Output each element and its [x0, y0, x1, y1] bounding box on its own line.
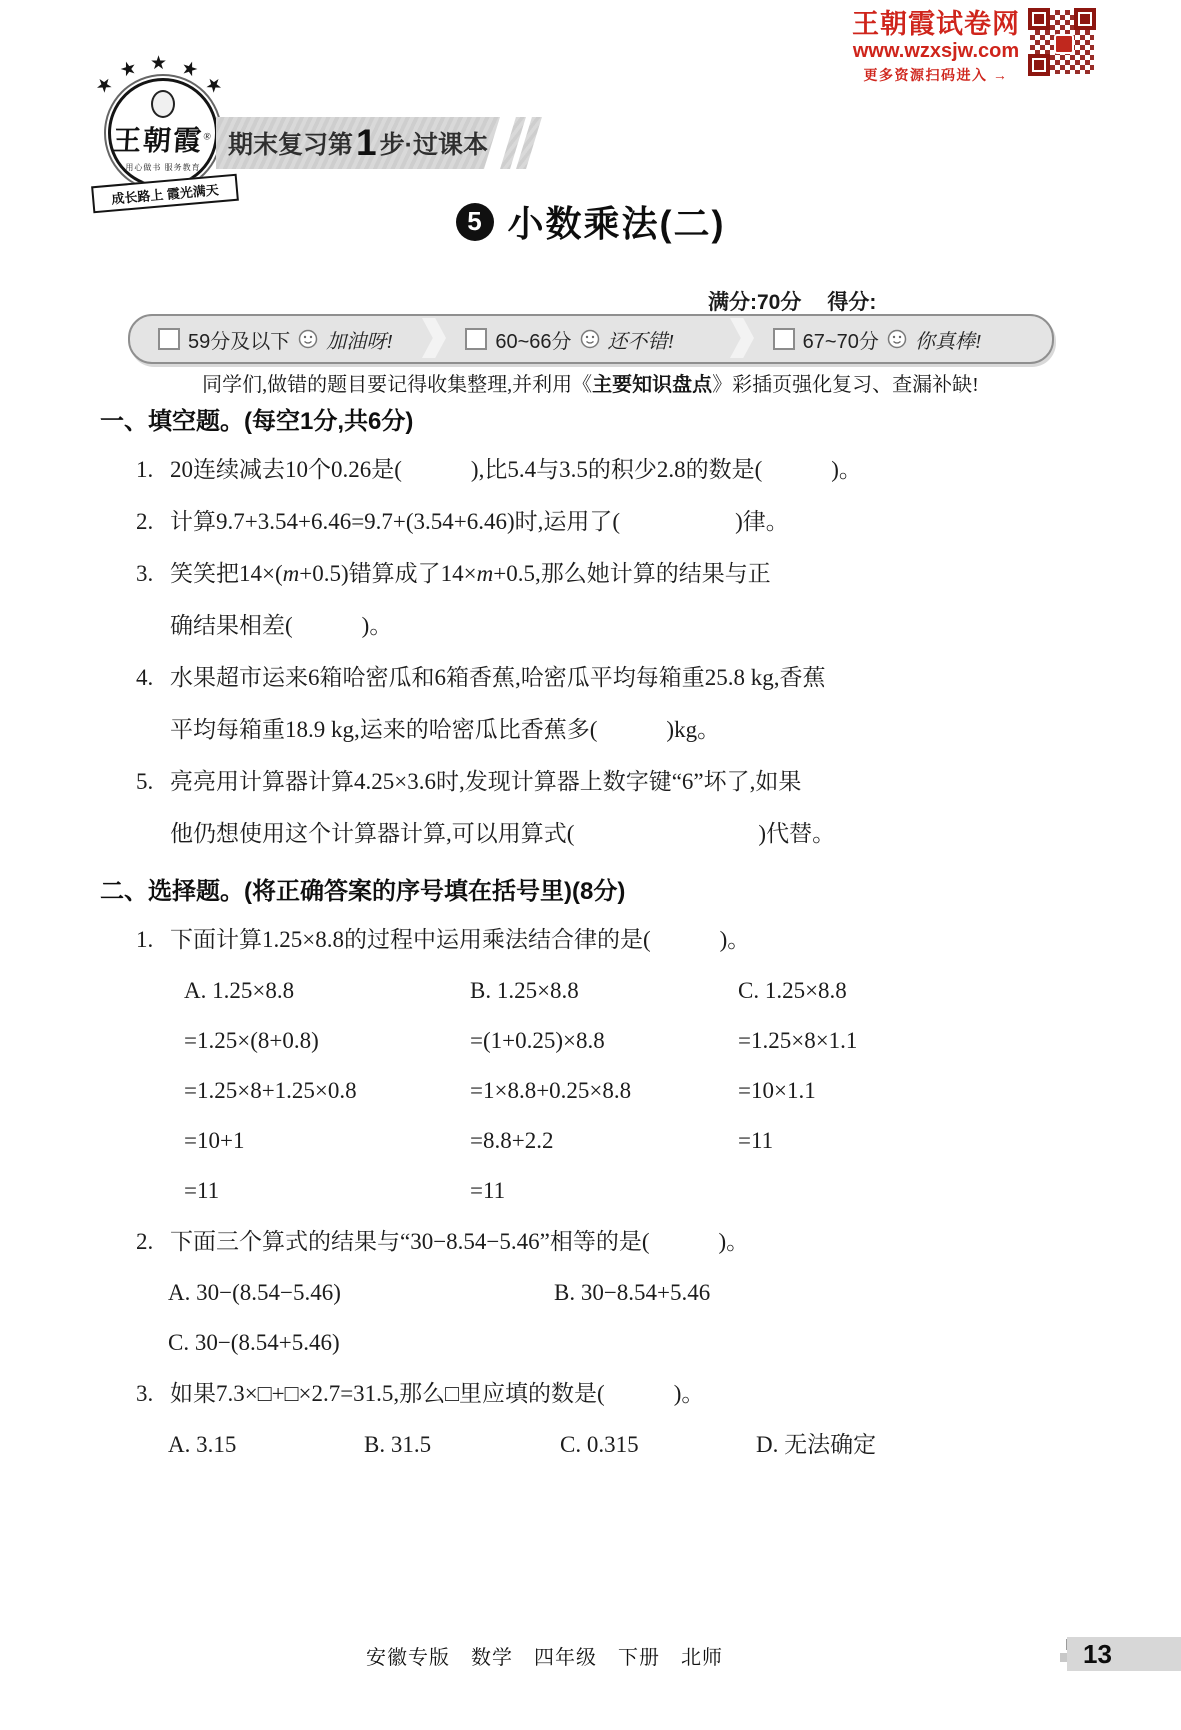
- score-band-mid: 60~66分 还不错!: [437, 316, 744, 362]
- math-line: =8.8+2.2: [470, 1116, 738, 1166]
- math-line: =11: [738, 1116, 1094, 1166]
- logo-circle: 王朝霞® 用心做书 服务教育: [108, 78, 218, 188]
- choice-1-workings: A. 1.25×8.8 =1.25×(8+0.8) =1.25×8+1.25×0…: [184, 966, 1094, 1216]
- band-comment: 你真棒!: [915, 325, 982, 354]
- score-label: 得分:: [827, 286, 876, 316]
- variable-m: m: [477, 561, 494, 586]
- checkbox[interactable]: [773, 328, 795, 350]
- ok-face-icon: [580, 329, 600, 349]
- choice-item-1: 1. 下面计算1.25×8.8的过程中运用乘法结合律的是( )。: [100, 914, 1094, 966]
- score-blank-field[interactable]: [880, 292, 972, 316]
- star-icon: ★: [150, 52, 167, 75]
- notice-line: 同学们,做错的题目要记得收集整理,并利用《主要知识盘点》彩插页强化复习、查漏补缺…: [0, 368, 1181, 397]
- choice-2-options-row2: C. 30−(8.54+5.46): [168, 1318, 1094, 1368]
- option-c: C. 30−(8.54+5.46): [168, 1318, 554, 1368]
- option-b: B. 30−8.54+5.46: [554, 1268, 940, 1318]
- brand-qr-caption: 更多资源扫码进入 →: [850, 65, 1022, 85]
- math-line: =11: [470, 1166, 738, 1216]
- brand-site-name: 王朝霞试卷网: [850, 10, 1022, 38]
- option-a: A. 3.15: [168, 1420, 364, 1470]
- item-number: 3.: [136, 1368, 170, 1420]
- banner-step-number: 1: [356, 122, 377, 164]
- qr-finder-icon: [1028, 54, 1050, 76]
- band-range-label: 60~66分: [495, 325, 571, 354]
- item-text: 笑笑把14×(m+0.5)错算成了14×m+0.5,那么她计算的结果与正: [170, 548, 1094, 600]
- math-line: A. 1.25×8.8: [184, 966, 470, 1016]
- score-band-bar: 59分及以下 加油呀! 60~66分 还不错! 67~70分 你真棒!: [128, 314, 1054, 364]
- item-text: 下面计算1.25×8.8的过程中运用乘法结合律的是( )。: [170, 914, 1094, 966]
- fill-item-1: 1. 20连续减去10个0.26是( ),比5.4与3.5的积少2.8的数是( …: [100, 444, 1094, 496]
- question-content: 一、填空题。(每空1分,共6分) 1. 20连续减去10个0.26是( ),比5…: [100, 400, 1094, 1470]
- notice-text: 》彩插页强化复习、查漏补缺!: [712, 374, 979, 396]
- logo-name: 王朝霞®: [110, 119, 217, 159]
- math-line: =1.25×8+1.25×0.8: [184, 1066, 470, 1116]
- choice-item-3: 3. 如果7.3×□+□×2.7=31.5,那么□里应填的数是( )。: [100, 1368, 1094, 1420]
- banner-text: 步·过课本: [380, 125, 488, 161]
- worksheet-page: 王朝霞试卷网 www.wzxsjw.com 更多资源扫码进入 → ★ ★ ★ ★…: [0, 0, 1181, 1730]
- lesson-number-badge: 5: [456, 203, 494, 241]
- item-text: 下面三个算式的结果与“30−8.54−5.46”相等的是( )。: [170, 1216, 1094, 1268]
- portrait-icon: [151, 90, 175, 118]
- item-number: 2.: [136, 496, 170, 548]
- registered-mark: ®: [203, 132, 213, 143]
- option-c: C. 0.315: [560, 1420, 756, 1470]
- variable-m: m: [283, 561, 300, 586]
- band-range-label: 59分及以下: [188, 325, 290, 354]
- math-line: C. 1.25×8.8: [738, 966, 1094, 1016]
- score-band-low: 59分及以下 加油呀!: [130, 316, 437, 362]
- section1-heading: 一、填空题。(每空1分,共6分): [100, 400, 1094, 444]
- item-number: 3.: [136, 548, 170, 600]
- item-text: 如果7.3×□+□×2.7=31.5,那么□里应填的数是( )。: [170, 1368, 1094, 1420]
- math-line: =1×8.8+0.25×8.8: [470, 1066, 738, 1116]
- qr-finder-icon: [1074, 8, 1096, 30]
- option-c-column: C. 1.25×8.8 =1.25×8×1.1 =10×1.1 =11: [738, 966, 1094, 1216]
- item-text: 20连续减去10个0.26是( ),比5.4与3.5的积少2.8的数是( )。: [170, 444, 1094, 496]
- band-comment: 还不错!: [608, 325, 675, 354]
- fill-item-2: 2. 计算9.7+3.54+6.46=9.7+(3.54+6.46)时,运用了(…: [100, 496, 1094, 548]
- band-range-label: 67~70分: [803, 325, 879, 354]
- choice-2-options-row1: A. 30−(8.54−5.46) B. 30−8.54+5.46: [168, 1268, 1094, 1318]
- option-a: A. 30−(8.54−5.46): [168, 1268, 554, 1318]
- score-band-high: 67~70分 你真棒!: [745, 316, 1052, 362]
- brand-site-url: www.wzxsjw.com: [850, 40, 1022, 62]
- star-icon: ★: [178, 56, 201, 83]
- item-number: 1.: [136, 444, 170, 496]
- item-number: 5.: [136, 756, 170, 808]
- paper-title-row: 5 小数乘法(二): [0, 196, 1181, 247]
- banner-text: 期末复习第: [228, 125, 353, 161]
- full-score-label: 满分:70分: [708, 286, 801, 316]
- qr-code: [1028, 8, 1096, 76]
- checkbox[interactable]: [465, 328, 487, 350]
- score-line: 满分:70分 得分:: [708, 286, 972, 316]
- band-comment: 加油呀!: [326, 325, 393, 354]
- star-icon: ★: [117, 56, 140, 83]
- item-number: 4.: [136, 652, 170, 704]
- math-line: =10×1.1: [738, 1066, 1094, 1116]
- math-line: =1.25×(8+0.8): [184, 1016, 470, 1066]
- math-line: =1.25×8×1.1: [738, 1016, 1094, 1066]
- brand-block: 王朝霞试卷网 www.wzxsjw.com 更多资源扫码进入 →: [850, 10, 1022, 85]
- fill-item-3-line2: 确结果相差( )。: [100, 600, 1094, 652]
- item-number: 2.: [136, 1216, 170, 1268]
- notice-bold-text: 主要知识盘点: [592, 374, 712, 396]
- cheer-face-icon: [298, 329, 318, 349]
- item-text: 计算9.7+3.54+6.46=9.7+(3.54+6.46)时,运用了( )律…: [170, 496, 1094, 548]
- star-icon: ★: [91, 71, 119, 100]
- fill-item-4: 4. 水果超市运来6箱哈密瓜和6箱香蕉,哈密瓜平均每箱重25.8 kg,香蕉: [100, 652, 1094, 704]
- option-b: B. 31.5: [364, 1420, 560, 1470]
- page-number: 13: [1067, 1637, 1181, 1671]
- fill-item-5-line2: 他仍想使用这个计算器计算,可以用算式( )代替。: [100, 808, 1094, 860]
- great-face-icon: [887, 329, 907, 349]
- notice-text: 同学们,做错的题目要记得收集整理,并利用《: [202, 374, 592, 396]
- item-text: 亮亮用计算器计算4.25×3.6时,发现计算器上数字键“6”坏了,如果: [170, 756, 1094, 808]
- option-d: D. 无法确定: [756, 1420, 952, 1470]
- option-b-column: B. 1.25×8.8 =(1+0.25)×8.8 =1×8.8+0.25×8.…: [470, 966, 738, 1216]
- choice-item-2: 2. 下面三个算式的结果与“30−8.54−5.46”相等的是( )。: [100, 1216, 1094, 1268]
- math-line: B. 1.25×8.8: [470, 966, 738, 1016]
- fill-item-4-line2: 平均每箱重18.9 kg,运来的哈密瓜比香蕉多( )kg。: [100, 704, 1094, 756]
- item-number: 1.: [136, 914, 170, 966]
- option-a-column: A. 1.25×8.8 =1.25×(8+0.8) =1.25×8+1.25×0…: [184, 966, 470, 1216]
- math-line: =11: [184, 1166, 470, 1216]
- math-line: =10+1: [184, 1116, 470, 1166]
- publisher-logo: ★ ★ ★ ★ ★ 王朝霞® 用心做书 服务教育 成长路上 霞光满天: [100, 66, 226, 208]
- fill-item-5: 5. 亮亮用计算器计算4.25×3.6时,发现计算器上数字键“6”坏了,如果: [100, 756, 1094, 808]
- logo-slogan: 用心做书 服务教育: [111, 162, 215, 173]
- section2-heading: 二、选择题。(将正确答案的序号填在括号里)(8分): [100, 870, 1094, 914]
- qr-logo-icon: [1054, 34, 1074, 54]
- header-banner: 期末复习第 1 步·过课本: [216, 117, 500, 169]
- math-line: =(1+0.25)×8.8: [470, 1016, 738, 1066]
- choice-3-options: A. 3.15 B. 31.5 C. 0.315 D. 无法确定: [168, 1420, 1094, 1470]
- page-title: 小数乘法(二): [508, 196, 726, 247]
- fill-item-3: 3. 笑笑把14×(m+0.5)错算成了14×m+0.5,那么她计算的结果与正: [100, 548, 1094, 600]
- item-text: 水果超市运来6箱哈密瓜和6箱香蕉,哈密瓜平均每箱重25.8 kg,香蕉: [170, 652, 1094, 704]
- checkbox[interactable]: [158, 328, 180, 350]
- qr-finder-icon: [1028, 8, 1050, 30]
- footer-edition-info: 安徽专版 数学 四年级 下册 北师: [366, 1641, 723, 1670]
